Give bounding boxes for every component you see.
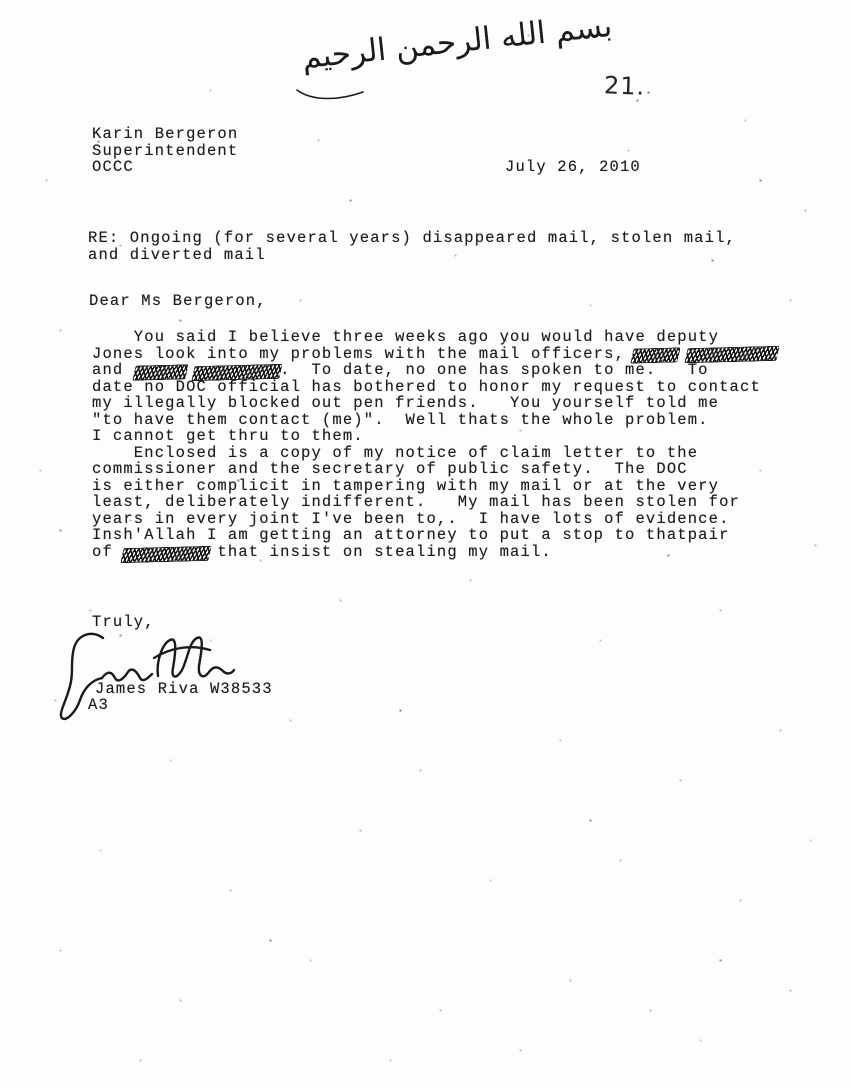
text-line: Enclosed is a copy of my notice of claim… (92, 445, 761, 462)
redaction-scribble (191, 364, 282, 381)
text-line: my illegally blocked out pen friends. Yo… (92, 395, 761, 412)
text-line: is either complicit in tampering with my… (92, 478, 761, 495)
redaction-scribble (120, 546, 211, 563)
handwritten-signature-scrawl (58, 628, 236, 726)
scanned-letter-page: بسم الله الرحمن الرحيم 21. Karin Bergero… (0, 0, 850, 1090)
text-line: commissioner and the secretary of public… (92, 461, 761, 478)
text-line: Superintendent (92, 143, 238, 160)
signature-typed-name: James Riva W38533 (95, 681, 273, 698)
text-line: least, deliberately indifferent. My mail… (92, 494, 761, 511)
redaction-scribble (132, 364, 188, 380)
letter-body: You said I believe three weeks ago you w… (92, 329, 761, 560)
text-line: RE: Ongoing (for several years) disappea… (88, 230, 736, 247)
salutation: Dear Ms Bergeron, (89, 293, 267, 310)
handwritten-bismillah: بسم الله الرحمن الرحيم (291, 7, 623, 77)
text-line: You said I believe three weeks ago you w… (92, 329, 761, 346)
scan-noise-speckles-dark (0, 0, 1, 1)
text-line: Karin Bergeron (92, 126, 238, 143)
text-line: years in every joint I've been to,. I ha… (92, 511, 761, 528)
recipient-address-block: Karin BergeronSuperintendentOCCC (92, 126, 238, 176)
text-line: and diverted mail (88, 247, 736, 264)
signature-unit: A3 (88, 697, 109, 714)
redaction-scribble (684, 346, 779, 364)
handwritten-page-number: 21. (604, 71, 646, 100)
text-line: OCCC (92, 159, 238, 176)
subject-re-line: RE: Ongoing (for several years) disappea… (88, 230, 736, 263)
redaction-scribble (630, 347, 680, 363)
text-line: I cannot get thru to them. (92, 428, 761, 445)
text-line: Insh'Allah I am getting an attorney to p… (92, 527, 761, 544)
handwriting-flourish-stroke (293, 84, 413, 106)
text-line: "to have them contact (me)". Well thats … (92, 412, 761, 429)
date-line: July 26, 2010 (505, 159, 641, 176)
